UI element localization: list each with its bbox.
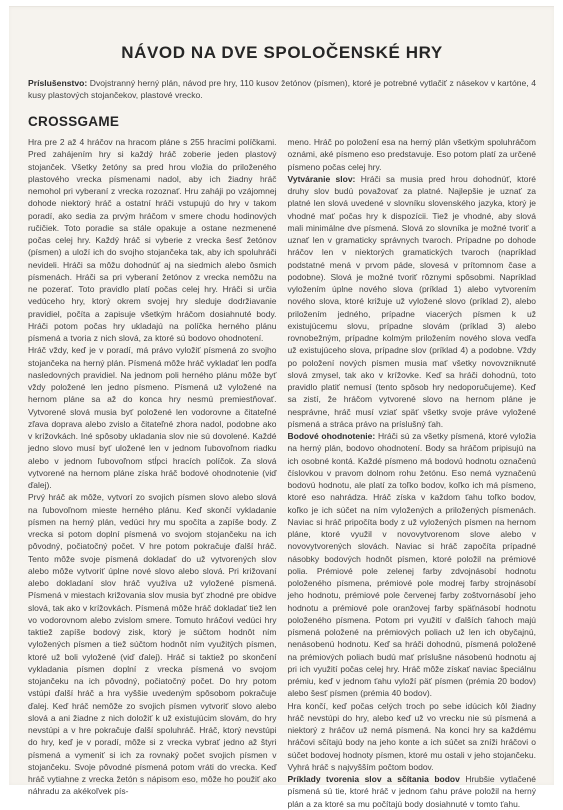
paragraph: meno. Hráč po položení esa na herný plán…	[288, 136, 537, 173]
paragraph: Vytváranie slov: Hráči sa musia pred hro…	[288, 173, 537, 430]
accessories-label: Príslušenstvo:	[28, 78, 87, 88]
paragraph: Hra končí, keď počas celých troch po seb…	[288, 700, 537, 774]
section-heading-crossgame: CROSSGAME	[28, 114, 536, 129]
paragraph: Hra pre 2 až 4 hráčov na hracom pláne s …	[28, 136, 277, 344]
paragraph-bold-lead: Bodové ohodnotenie:	[288, 431, 376, 441]
left-column: Hra pre 2 až 4 hráčov na hracom pláne s …	[28, 136, 277, 798]
paragraph: Prvý hráč ak môže, vytvorí zo svojich pí…	[28, 491, 277, 797]
page-title: NÁVOD NA DVE SPOLOČENSKÉ HRY	[28, 43, 536, 63]
right-column: meno. Hráč po položení esa na herný plán…	[288, 136, 537, 800]
paragraph: Príklady tvorenia slov a sčítania bodov …	[288, 773, 537, 800]
paragraph-bold-lead: Príklady tvorenia slov a sčítania bodov	[288, 774, 460, 784]
accessories-paragraph: Príslušenstvo: Dvojstranný herný plán, n…	[28, 78, 536, 101]
accessories-text: Dvojstranný herný plán, návod pre hry, 1…	[28, 78, 536, 100]
paragraph: Bodové ohodnotenie: Hráči sú za všetky p…	[288, 430, 537, 700]
two-column-text-block: Hra pre 2 až 4 hráčov na hracom pláne s …	[28, 136, 536, 800]
paragraph: Hráč vždy, keď je v poradí, má právo vyl…	[28, 344, 277, 491]
scanned-instruction-page: NÁVOD NA DVE SPOLOČENSKÉ HRY Príslušenst…	[9, 6, 554, 785]
paragraph-bold-lead: Vytváranie slov:	[288, 174, 356, 184]
